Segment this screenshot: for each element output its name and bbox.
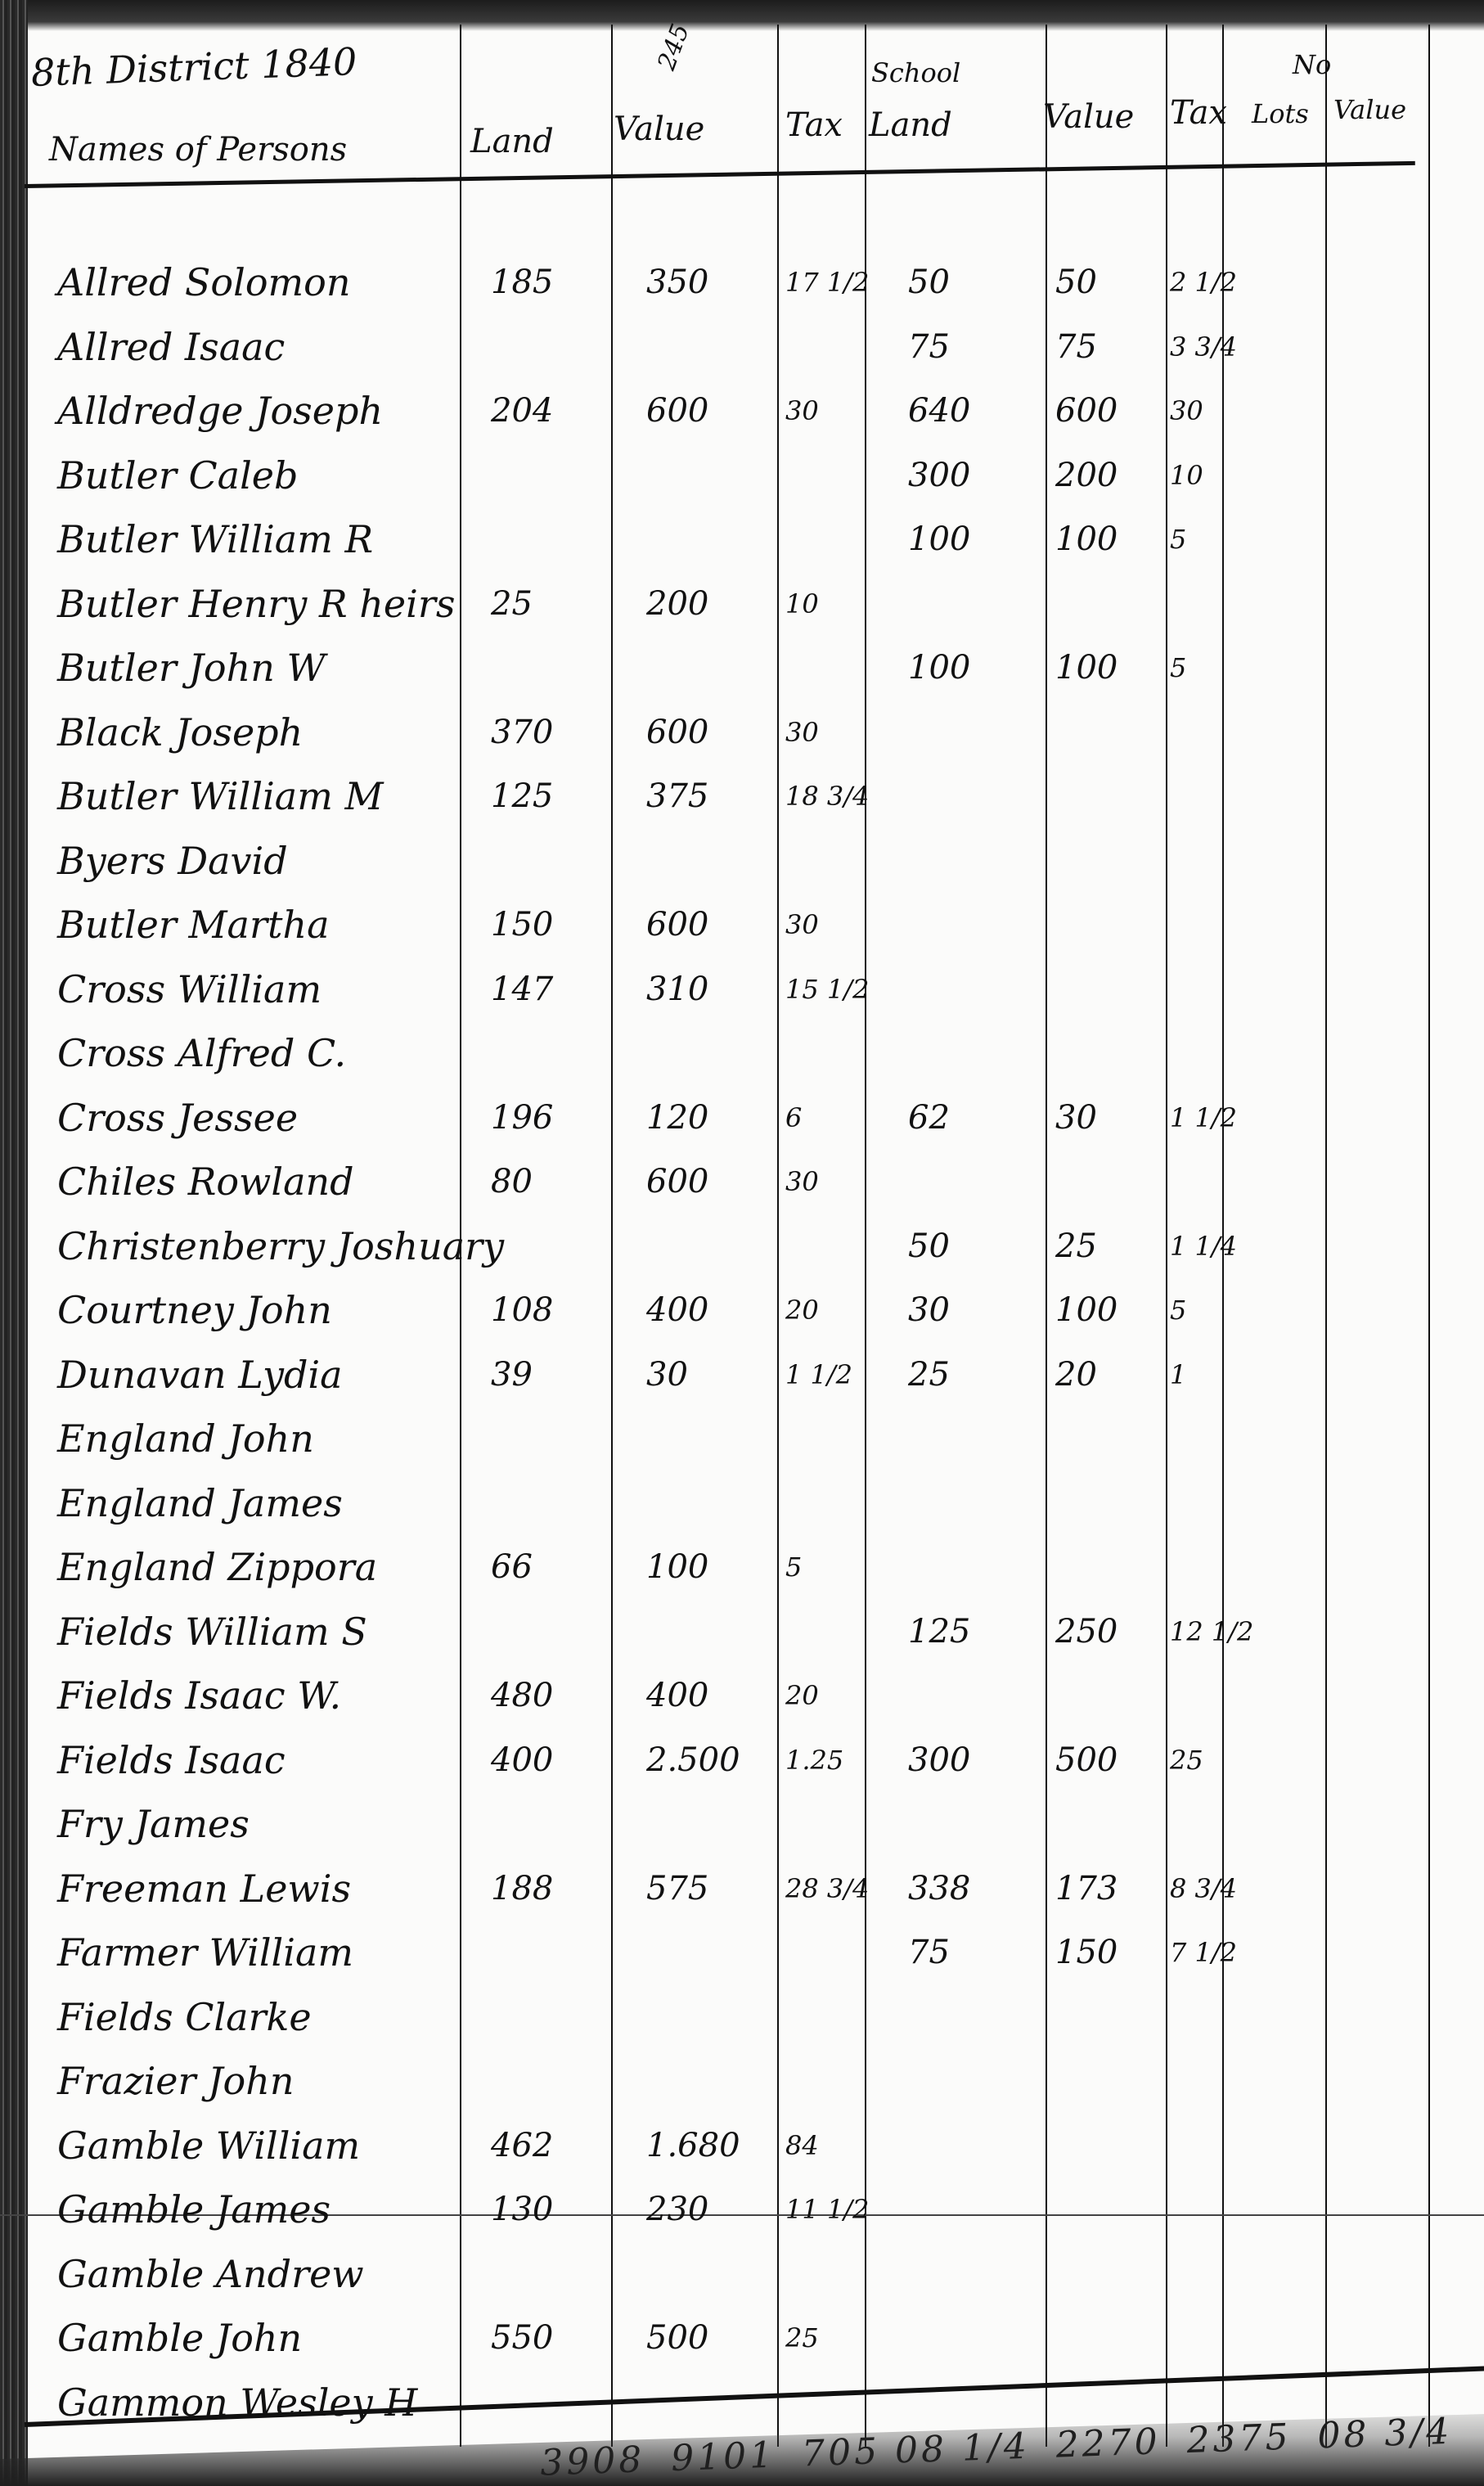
cell-school-value: 25 bbox=[1055, 1222, 1097, 1271]
ledger-row: Butler William M12537518 3/4 bbox=[0, 772, 1484, 821]
cell-school-tax: 30 bbox=[1170, 386, 1203, 435]
cell-school-land: 75 bbox=[908, 322, 950, 372]
person-name: Gamble Andrew bbox=[57, 2250, 364, 2299]
ledger-row: Butler William R1001005 bbox=[0, 515, 1484, 564]
person-name: Chiles Rowland bbox=[57, 1157, 354, 1206]
cell-tax: 1.25 bbox=[785, 1736, 843, 1785]
scan-top-edge bbox=[0, 0, 1484, 31]
cell-value: 120 bbox=[646, 1093, 708, 1142]
cell-school-land: 30 bbox=[908, 1286, 950, 1335]
ledger-row: Fields William S12525012 1/2 bbox=[0, 1607, 1484, 1656]
ledger-row: Butler John W1001005 bbox=[0, 643, 1484, 692]
cell-value: 350 bbox=[646, 258, 708, 307]
ledger-row: Fry James bbox=[0, 1799, 1484, 1849]
cell-school-land: 50 bbox=[908, 1222, 950, 1271]
cell-land: 196 bbox=[491, 1093, 553, 1142]
person-name: England Zippora bbox=[57, 1542, 377, 1592]
ledger-row: Freeman Lewis18857528 3/43381738 3/4 bbox=[0, 1864, 1484, 1913]
cell-value: 400 bbox=[646, 1286, 708, 1335]
cell-school-value: 250 bbox=[1055, 1607, 1117, 1656]
cell-school-tax: 5 bbox=[1170, 643, 1186, 692]
cell-value: 575 bbox=[646, 1864, 708, 1913]
cell-school-land: 338 bbox=[908, 1864, 970, 1913]
cell-school-land: 62 bbox=[908, 1093, 950, 1142]
cell-tax: 10 bbox=[785, 579, 819, 628]
person-name: Gamble James bbox=[57, 2185, 331, 2234]
person-name: Butler John W bbox=[57, 643, 326, 692]
cell-value: 600 bbox=[646, 386, 708, 435]
cell-school-value: 30 bbox=[1055, 1093, 1097, 1142]
ledger-row: Allred Solomon18535017 1/250502 1/2 bbox=[0, 258, 1484, 307]
ledger-row: England Zippora661005 bbox=[0, 1542, 1484, 1592]
cell-land: 125 bbox=[491, 772, 553, 821]
ledger-row: Gamble James13023011 1/2 bbox=[0, 2185, 1484, 2234]
cell-school-land: 50 bbox=[908, 258, 950, 307]
ledger-row: Gamble John55050025 bbox=[0, 2313, 1484, 2362]
header-tax: Tax bbox=[785, 106, 843, 144]
ledger-row: Farmer William751507 1/2 bbox=[0, 1928, 1484, 1977]
person-name: Cross Jessee bbox=[57, 1093, 298, 1142]
cell-school-value: 75 bbox=[1055, 322, 1097, 372]
person-name: Cross William bbox=[57, 965, 322, 1014]
cell-land: 25 bbox=[491, 579, 533, 628]
cell-school-tax: 12 1/2 bbox=[1170, 1607, 1253, 1656]
header-no-value: Value bbox=[1333, 94, 1406, 125]
cell-land: 204 bbox=[491, 386, 553, 435]
cell-school-value: 100 bbox=[1055, 1286, 1117, 1335]
person-name: Butler Martha bbox=[57, 900, 330, 949]
cell-tax: 1 1/2 bbox=[785, 1350, 852, 1399]
cell-value: 375 bbox=[646, 772, 708, 821]
person-name: Freeman Lewis bbox=[57, 1864, 351, 1913]
cell-land: 39 bbox=[491, 1350, 533, 1399]
cell-value: 600 bbox=[646, 900, 708, 949]
ledger-row: Black Joseph37060030 bbox=[0, 708, 1484, 757]
cell-land: 130 bbox=[491, 2185, 553, 2234]
person-name: Fields William S bbox=[57, 1607, 367, 1656]
cell-school-tax: 1 1/2 bbox=[1170, 1093, 1237, 1142]
header-land: Land bbox=[470, 123, 554, 160]
person-name: Farmer William bbox=[57, 1928, 353, 1977]
cell-value: 1.680 bbox=[646, 2121, 740, 2170]
cell-land: 370 bbox=[491, 708, 553, 757]
ledger-row: Frazier John bbox=[0, 2056, 1484, 2105]
cell-tax: 20 bbox=[785, 1286, 819, 1335]
cell-tax: 17 1/2 bbox=[785, 258, 869, 307]
cell-school-tax: 25 bbox=[1170, 1736, 1203, 1785]
ledger-row: Cross Alfred C. bbox=[0, 1029, 1484, 1078]
cell-land: 550 bbox=[491, 2313, 553, 2362]
ledger-title: 8th District 1840 bbox=[30, 39, 358, 95]
cell-tax: 18 3/4 bbox=[785, 772, 869, 821]
cell-school-land: 300 bbox=[908, 1736, 970, 1785]
person-name: Byers David bbox=[57, 836, 288, 885]
cell-school-tax: 2 1/2 bbox=[1170, 258, 1237, 307]
cell-school-value: 100 bbox=[1055, 643, 1117, 692]
cell-land: 108 bbox=[491, 1286, 553, 1335]
cell-school-value: 200 bbox=[1055, 451, 1117, 500]
ledger-row: Fields Clarke bbox=[0, 1993, 1484, 2042]
cell-tax: 28 3/4 bbox=[785, 1864, 869, 1913]
cell-school-land: 640 bbox=[908, 386, 970, 435]
cell-school-land: 100 bbox=[908, 643, 970, 692]
ledger-row: Byers David bbox=[0, 836, 1484, 885]
cell-school-tax: 10 bbox=[1170, 451, 1203, 500]
cell-school-land: 100 bbox=[908, 515, 970, 564]
person-name: Alldredge Joseph bbox=[57, 386, 383, 435]
ledger-row: Chiles Rowland8060030 bbox=[0, 1157, 1484, 1206]
cell-school-value: 600 bbox=[1055, 386, 1117, 435]
cell-value: 100 bbox=[646, 1542, 708, 1592]
person-name: Black Joseph bbox=[57, 708, 303, 757]
cell-tax: 25 bbox=[785, 2313, 819, 2362]
cell-land: 400 bbox=[491, 1736, 553, 1785]
ledger-row: Butler Martha15060030 bbox=[0, 900, 1484, 949]
cell-land: 480 bbox=[491, 1671, 553, 1720]
cell-value: 310 bbox=[646, 965, 708, 1014]
ledger-row: Cross William14731015 1/2 bbox=[0, 965, 1484, 1014]
cell-tax: 6 bbox=[785, 1093, 802, 1142]
person-name: Frazier John bbox=[57, 2056, 295, 2105]
person-name: Fry James bbox=[57, 1799, 250, 1849]
cell-school-tax: 7 1/2 bbox=[1170, 1928, 1237, 1977]
cell-school-land: 25 bbox=[908, 1350, 950, 1399]
cell-school-value: 20 bbox=[1055, 1350, 1097, 1399]
header-no-lots: Lots bbox=[1252, 98, 1309, 129]
cell-land: 66 bbox=[491, 1542, 533, 1592]
ledger-row: Courtney John10840020301005 bbox=[0, 1286, 1484, 1335]
cell-tax: 11 1/2 bbox=[785, 2185, 869, 2234]
person-name: Butler William M bbox=[57, 772, 384, 821]
person-name: England John bbox=[57, 1414, 314, 1463]
cell-land: 147 bbox=[491, 965, 553, 1014]
person-name: Fields Isaac bbox=[57, 1736, 286, 1785]
ledger-row: Christenberry Joshuary50251 1/4 bbox=[0, 1222, 1484, 1271]
cell-tax: 20 bbox=[785, 1671, 819, 1720]
person-name: Fields Isaac W. bbox=[57, 1671, 341, 1720]
cell-school-land: 300 bbox=[908, 451, 970, 500]
ledger-row: Allred Isaac75753 3/4 bbox=[0, 322, 1484, 372]
cell-tax: 30 bbox=[785, 708, 819, 757]
cell-school-value: 100 bbox=[1055, 515, 1117, 564]
person-name: Cross Alfred C. bbox=[57, 1029, 346, 1078]
header-value: Value bbox=[614, 110, 704, 148]
cell-tax: 30 bbox=[785, 386, 819, 435]
ledger-row: Fields Isaac W.48040020 bbox=[0, 1671, 1484, 1720]
ledger-row: Alldredge Joseph2046003064060030 bbox=[0, 386, 1484, 435]
cell-land: 462 bbox=[491, 2121, 553, 2170]
header-names: Names of Persons bbox=[49, 131, 347, 169]
header-school-group: School bbox=[871, 57, 960, 88]
cell-school-tax: 3 3/4 bbox=[1170, 322, 1237, 372]
cell-value: 500 bbox=[646, 2313, 708, 2362]
person-name: Christenberry Joshuary bbox=[57, 1222, 504, 1271]
cell-land: 185 bbox=[491, 258, 553, 307]
cell-land: 188 bbox=[491, 1864, 553, 1913]
cell-tax: 30 bbox=[785, 900, 819, 949]
cell-land: 150 bbox=[491, 900, 553, 949]
cell-land: 80 bbox=[491, 1157, 533, 1206]
cell-value: 600 bbox=[646, 708, 708, 757]
person-name: Allred Isaac bbox=[57, 322, 285, 372]
cell-school-tax: 1 bbox=[1170, 1350, 1186, 1399]
cell-school-value: 150 bbox=[1055, 1928, 1117, 1977]
cell-school-tax: 5 bbox=[1170, 1286, 1186, 1335]
person-name: Gamble John bbox=[57, 2313, 302, 2362]
cell-tax: 15 1/2 bbox=[785, 965, 869, 1014]
cell-value: 2.500 bbox=[646, 1736, 740, 1785]
cell-value: 400 bbox=[646, 1671, 708, 1720]
cell-school-tax: 8 3/4 bbox=[1170, 1864, 1237, 1913]
ledger-row: Gamble Andrew bbox=[0, 2250, 1484, 2299]
ledger-row: Dunavan Lydia39301 1/225201 bbox=[0, 1350, 1484, 1399]
cell-value: 600 bbox=[646, 1157, 708, 1206]
cell-tax: 84 bbox=[785, 2121, 819, 2170]
cell-school-tax: 1 1/4 bbox=[1170, 1222, 1237, 1271]
ledger-row: England John bbox=[0, 1414, 1484, 1463]
cell-value: 230 bbox=[646, 2185, 708, 2234]
header-no-group: No bbox=[1293, 49, 1331, 80]
person-name: Dunavan Lydia bbox=[57, 1350, 343, 1399]
cell-tax: 30 bbox=[785, 1157, 819, 1206]
cell-school-value: 173 bbox=[1055, 1864, 1117, 1913]
cell-school-land: 125 bbox=[908, 1607, 970, 1656]
ledger-row: Butler Henry R heirs2520010 bbox=[0, 579, 1484, 628]
cell-school-land: 75 bbox=[908, 1928, 950, 1977]
person-name: Butler Henry R heirs bbox=[57, 579, 455, 628]
cell-school-tax: 5 bbox=[1170, 515, 1186, 564]
cell-school-value: 50 bbox=[1055, 258, 1097, 307]
cell-value: 30 bbox=[646, 1350, 688, 1399]
person-name: Gamble William bbox=[57, 2121, 360, 2170]
person-name: Butler Caleb bbox=[57, 451, 298, 500]
cell-value: 200 bbox=[646, 579, 708, 628]
header-school-tax: Tax bbox=[1170, 94, 1227, 132]
person-name: Gammon Wesley H bbox=[57, 2378, 417, 2427]
header-school-value: Value bbox=[1043, 98, 1134, 136]
header-school-land: Land bbox=[869, 106, 952, 144]
ledger-row: England James bbox=[0, 1479, 1484, 1528]
person-name: Allred Solomon bbox=[57, 258, 350, 307]
person-name: Butler William R bbox=[57, 515, 373, 564]
person-name: England James bbox=[57, 1479, 343, 1528]
person-name: Courtney John bbox=[57, 1286, 332, 1335]
ledger-row: Gamble William4621.68084 bbox=[0, 2121, 1484, 2170]
ledger-row: Butler Caleb30020010 bbox=[0, 451, 1484, 500]
cell-school-value: 500 bbox=[1055, 1736, 1117, 1785]
cell-tax: 5 bbox=[785, 1542, 802, 1592]
ledger-row: Cross Jessee196120662301 1/2 bbox=[0, 1093, 1484, 1142]
person-name: Fields Clarke bbox=[57, 1993, 312, 2042]
ledger-row: Fields Isaac4002.5001.2530050025 bbox=[0, 1736, 1484, 1785]
